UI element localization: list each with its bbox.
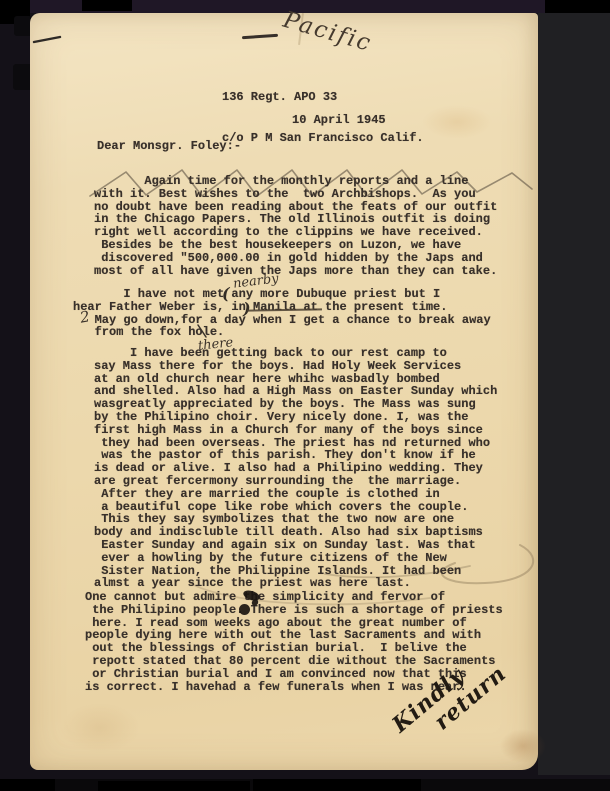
return-address-unit: 136 Regt. APO 33 bbox=[222, 91, 424, 105]
salutation: Dear Monsgr. Foley:- bbox=[97, 140, 241, 153]
handwritten-pacific: Pacific bbox=[280, 7, 375, 57]
scan-gap-bottom-mid bbox=[98, 781, 250, 791]
corner-pen-mark bbox=[34, 37, 60, 42]
scan-right-background bbox=[538, 13, 610, 775]
letter-date: 10 April 1945 bbox=[292, 114, 386, 127]
paper-stain bbox=[422, 105, 492, 139]
paper-stain bbox=[60, 703, 140, 753]
scan-gap-bottom-right bbox=[253, 779, 421, 791]
letter-paragraph-1: Again time for the monthly reports and a… bbox=[94, 175, 497, 277]
scan-gap-top-right bbox=[545, 0, 610, 13]
ink-blot bbox=[239, 604, 250, 615]
return-address-care-of: c/o P M San Francisco Calif. bbox=[222, 132, 424, 146]
paper-stain bbox=[500, 729, 546, 763]
scanned-letter-view: Pacific 136 Regt. APO 33 c/o P M San Fra… bbox=[0, 0, 610, 791]
letter-paragraph-2: I have not met any more Dubuque priest b… bbox=[73, 288, 491, 339]
pen-close-paren: ) bbox=[243, 299, 251, 318]
scan-gap-bottom-left bbox=[0, 779, 55, 791]
letter-paragraph-3: I have been getting back to our rest cam… bbox=[94, 347, 497, 590]
pen-dash-mark bbox=[242, 34, 278, 40]
scan-gap-top-left bbox=[82, 0, 132, 11]
pen-open-paren: ( bbox=[222, 284, 230, 303]
letter-page: Pacific 136 Regt. APO 33 c/o P M San Fra… bbox=[30, 13, 538, 770]
